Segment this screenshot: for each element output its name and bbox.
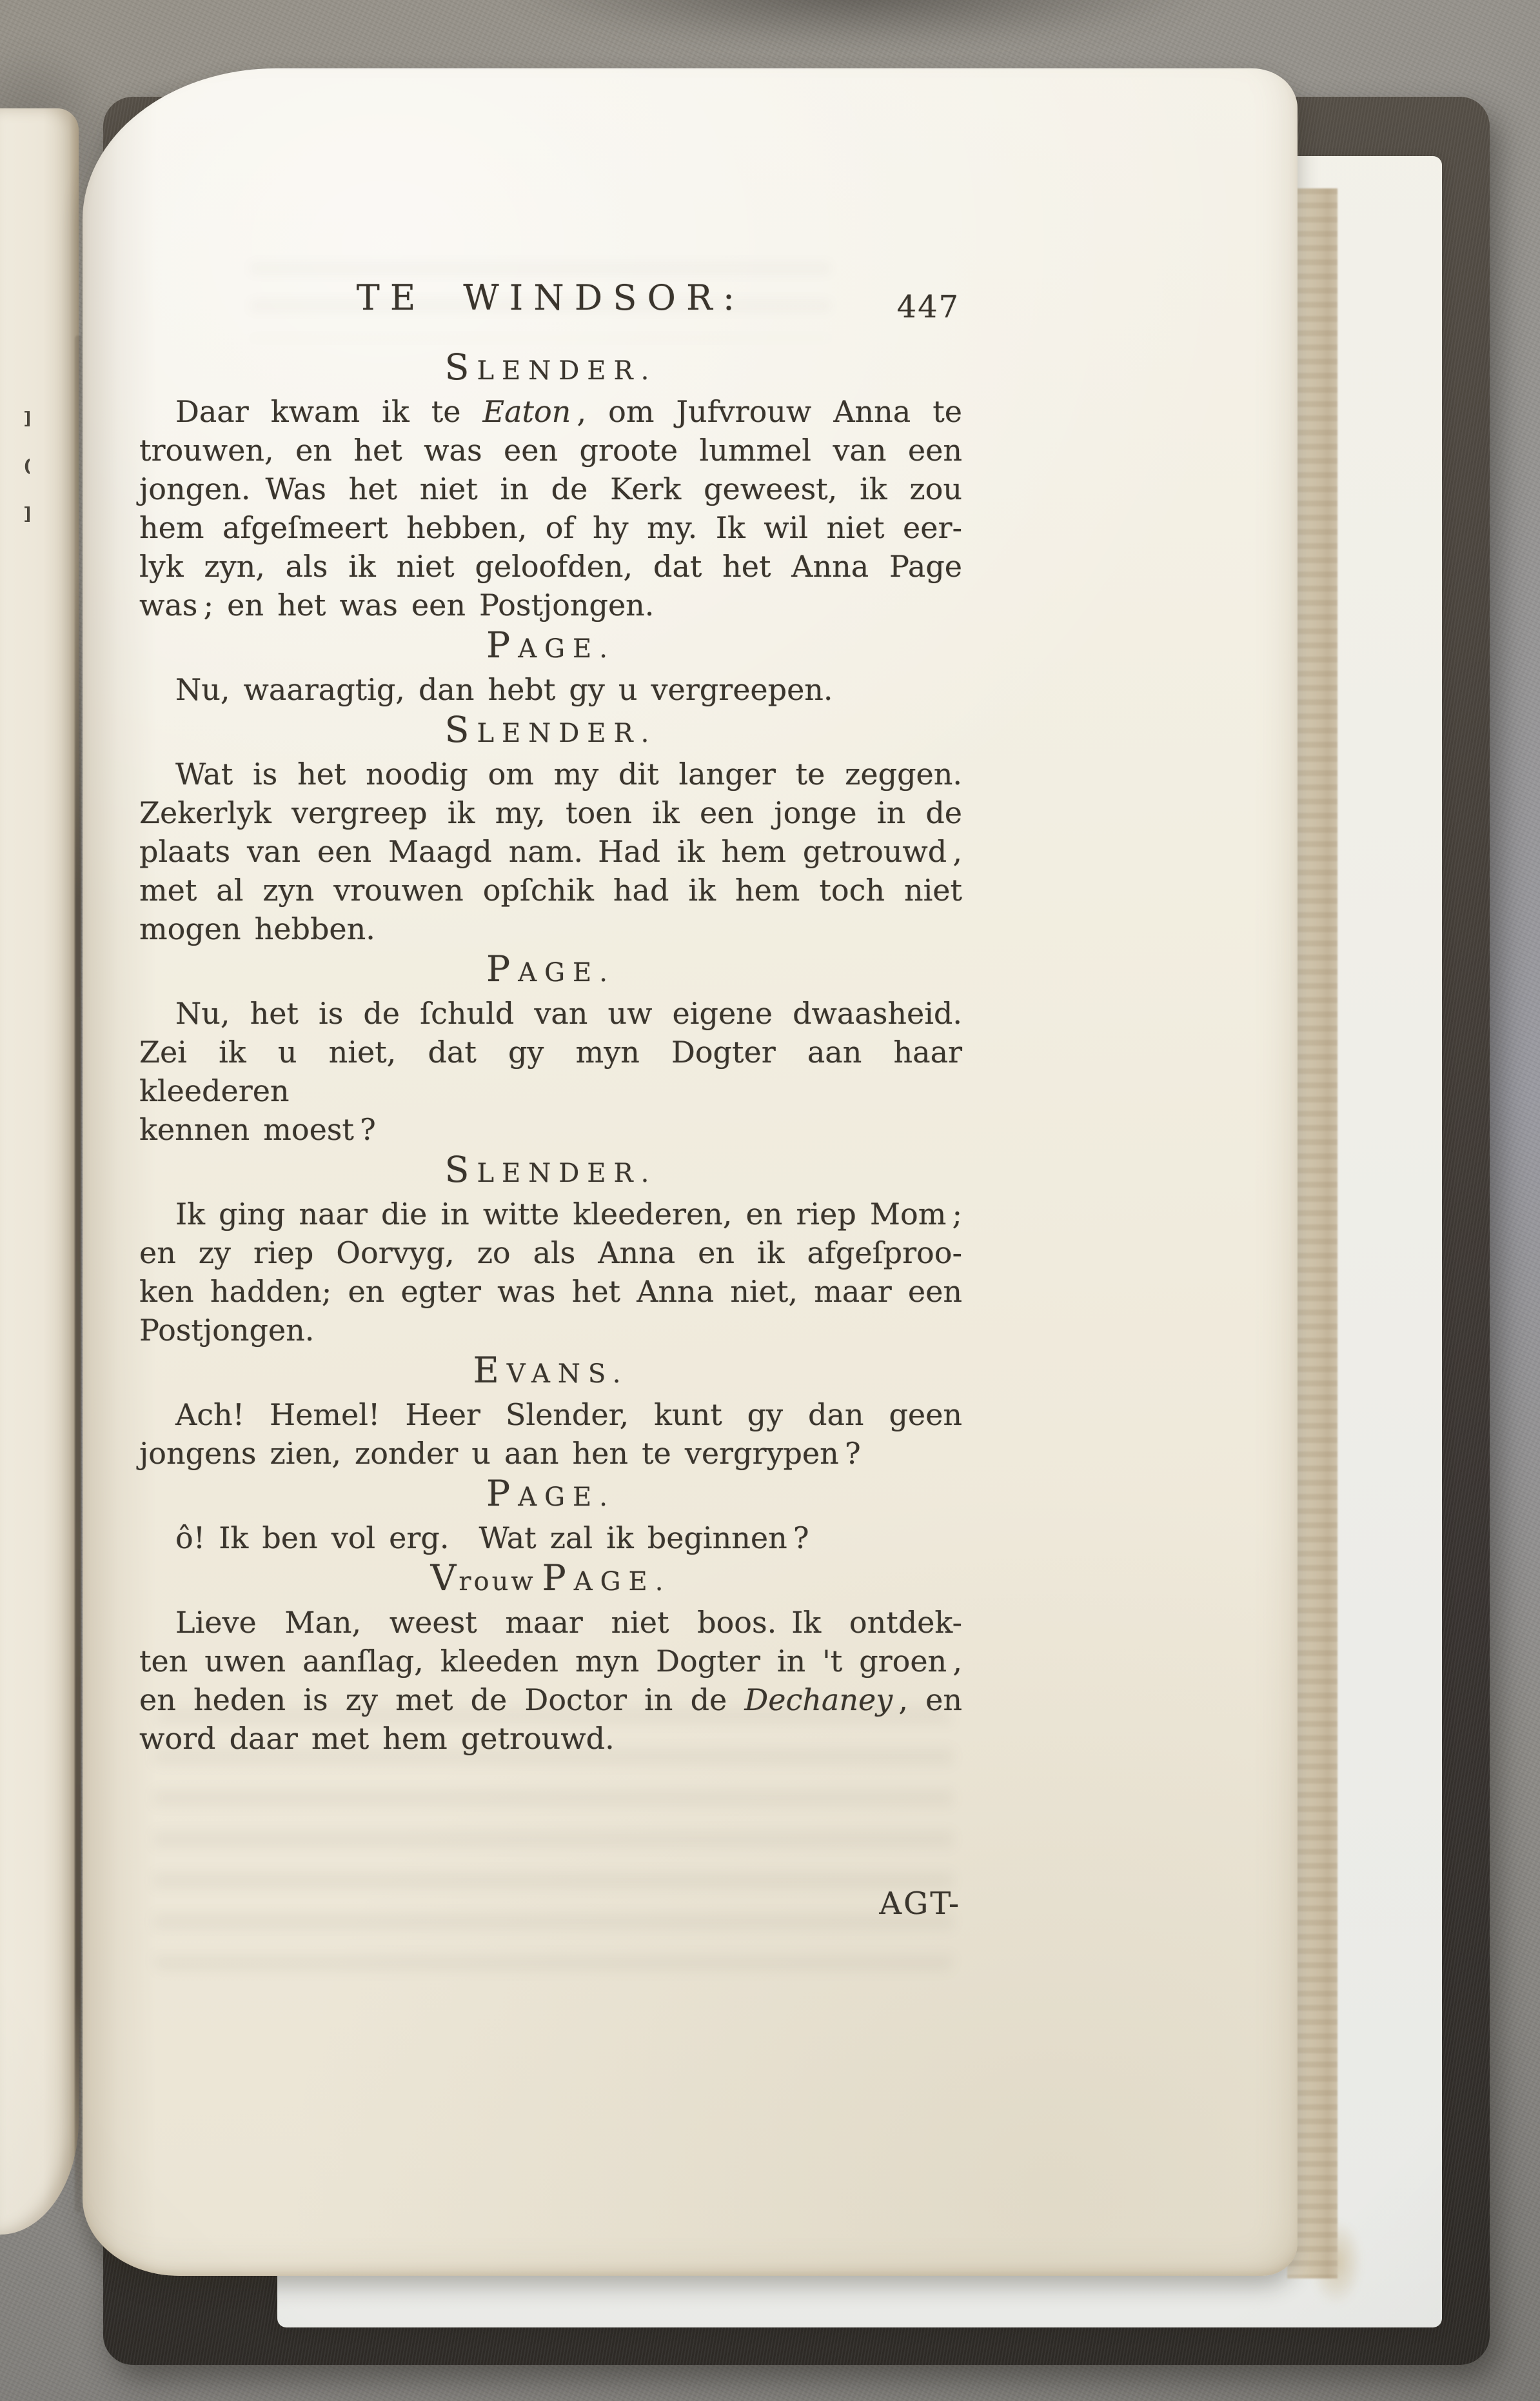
facing-page-text-fragment: n	[0, 399, 30, 446]
facing-page-text-fragment: t	[0, 542, 30, 590]
speech-line: en heden is zy met de Doctor in de Decha…	[139, 1680, 962, 1719]
facing-page-text-fragment: d	[0, 446, 30, 494]
facing-page-text-fragment: n	[0, 494, 30, 542]
catchword: AGT-	[139, 1884, 962, 1923]
speaker-heading: Page.	[139, 625, 962, 670]
speech-line: was ; en het was een Postjongen.	[139, 586, 962, 624]
speech-line: met al zyn vrouwen opſchik had ik hem to…	[139, 871, 962, 910]
speech-line: Wat is het noodig om my dit langer te ze…	[139, 755, 962, 793]
running-title: TE WINDSOR:	[357, 279, 745, 317]
page-number: 447	[897, 288, 960, 326]
facing-page-edge: ndnt	[0, 108, 79, 2235]
page-text-block: TE WINDSOR: 447 Slender.Daar kwam ik te …	[139, 279, 962, 1923]
speech-line: Nu, het is de ſchuld van uw eigene dwaas…	[139, 994, 962, 1033]
speech-line: hem afgeſmeert hebben, of hy my. Ik wil …	[139, 508, 962, 547]
speech-line: jongens zien, zonder u aan hen te vergry…	[139, 1434, 962, 1473]
gutter-crease-shadow	[75, 335, 81, 2213]
speech-line: word daar met hem getrouwd.	[139, 1719, 962, 1758]
speaker-heading: Evans.	[139, 1350, 962, 1395]
speech-list: Slender.Daar kwam ik te Eaton , om Jufvr…	[139, 347, 962, 1758]
speaker-heading: VrouwPage.	[139, 1558, 962, 1602]
speech-line: kennen moest ?	[139, 1110, 962, 1149]
speech-line: Daar kwam ik te Eaton , om Jufvrouw Anna…	[139, 392, 962, 431]
speech-line: Zei ik u niet, dat gy myn Dogter aan haa…	[139, 1033, 962, 1110]
show-through-top	[250, 262, 831, 339]
speaker-heading: Slender.	[139, 347, 962, 392]
speaker-heading: Page.	[139, 949, 962, 993]
speech-line: Ach! Hemel! Heer Slender, kunt gy dan ge…	[139, 1395, 962, 1434]
speech-line: Lieve Man, weest maar niet boos. Ik ontd…	[139, 1603, 962, 1642]
speech-line: ten uwen aanſlag, kleeden myn Dogter in …	[139, 1642, 962, 1680]
speech-line: ô! Ik ben vol erg. Wat zal ik beginnen ?	[139, 1519, 962, 1557]
speech-line: jongen. Was het niet in de Kerk geweest,…	[139, 470, 962, 508]
speech-line: plaats van een Maagd nam. Had ik hem get…	[139, 832, 962, 871]
speaker-heading: Page.	[139, 1473, 962, 1518]
speaker-heading: Slender.	[139, 1150, 962, 1194]
speech-line: lyk zyn, als ik niet geloofden, dat het …	[139, 547, 962, 586]
speech-line: Postjongen.	[139, 1311, 962, 1350]
speech-line: trouwen, en het was een groote lummel va…	[139, 431, 962, 470]
book-page: TE WINDSOR: 447 Slender.Daar kwam ik te …	[83, 68, 1298, 2276]
speaker-heading: Slender.	[139, 710, 962, 754]
speech-line: Ik ging naar die in witte kleederen, en …	[139, 1195, 962, 1233]
facing-page-fragments: ndnt	[0, 399, 30, 590]
book-photo-scene: ndnt TE WINDSOR: 447 Slender.Daar kwam i…	[0, 0, 1540, 2401]
speech-line: Nu, waaragtig, dan hebt gy u vergreepen.	[139, 670, 962, 709]
speech-line: ken hadden; en egter was het Anna niet, …	[139, 1272, 962, 1311]
speech-line: mogen hebben.	[139, 910, 962, 948]
show-through-bottom	[153, 1707, 953, 1978]
page-header: TE WINDSOR: 447	[139, 279, 962, 324]
speech-line: en zy riep Oorvyg, zo als Anna en ik afg…	[139, 1233, 962, 1272]
speech-line: Zekerlyk vergreep ik my, toen ik een jon…	[139, 793, 962, 832]
